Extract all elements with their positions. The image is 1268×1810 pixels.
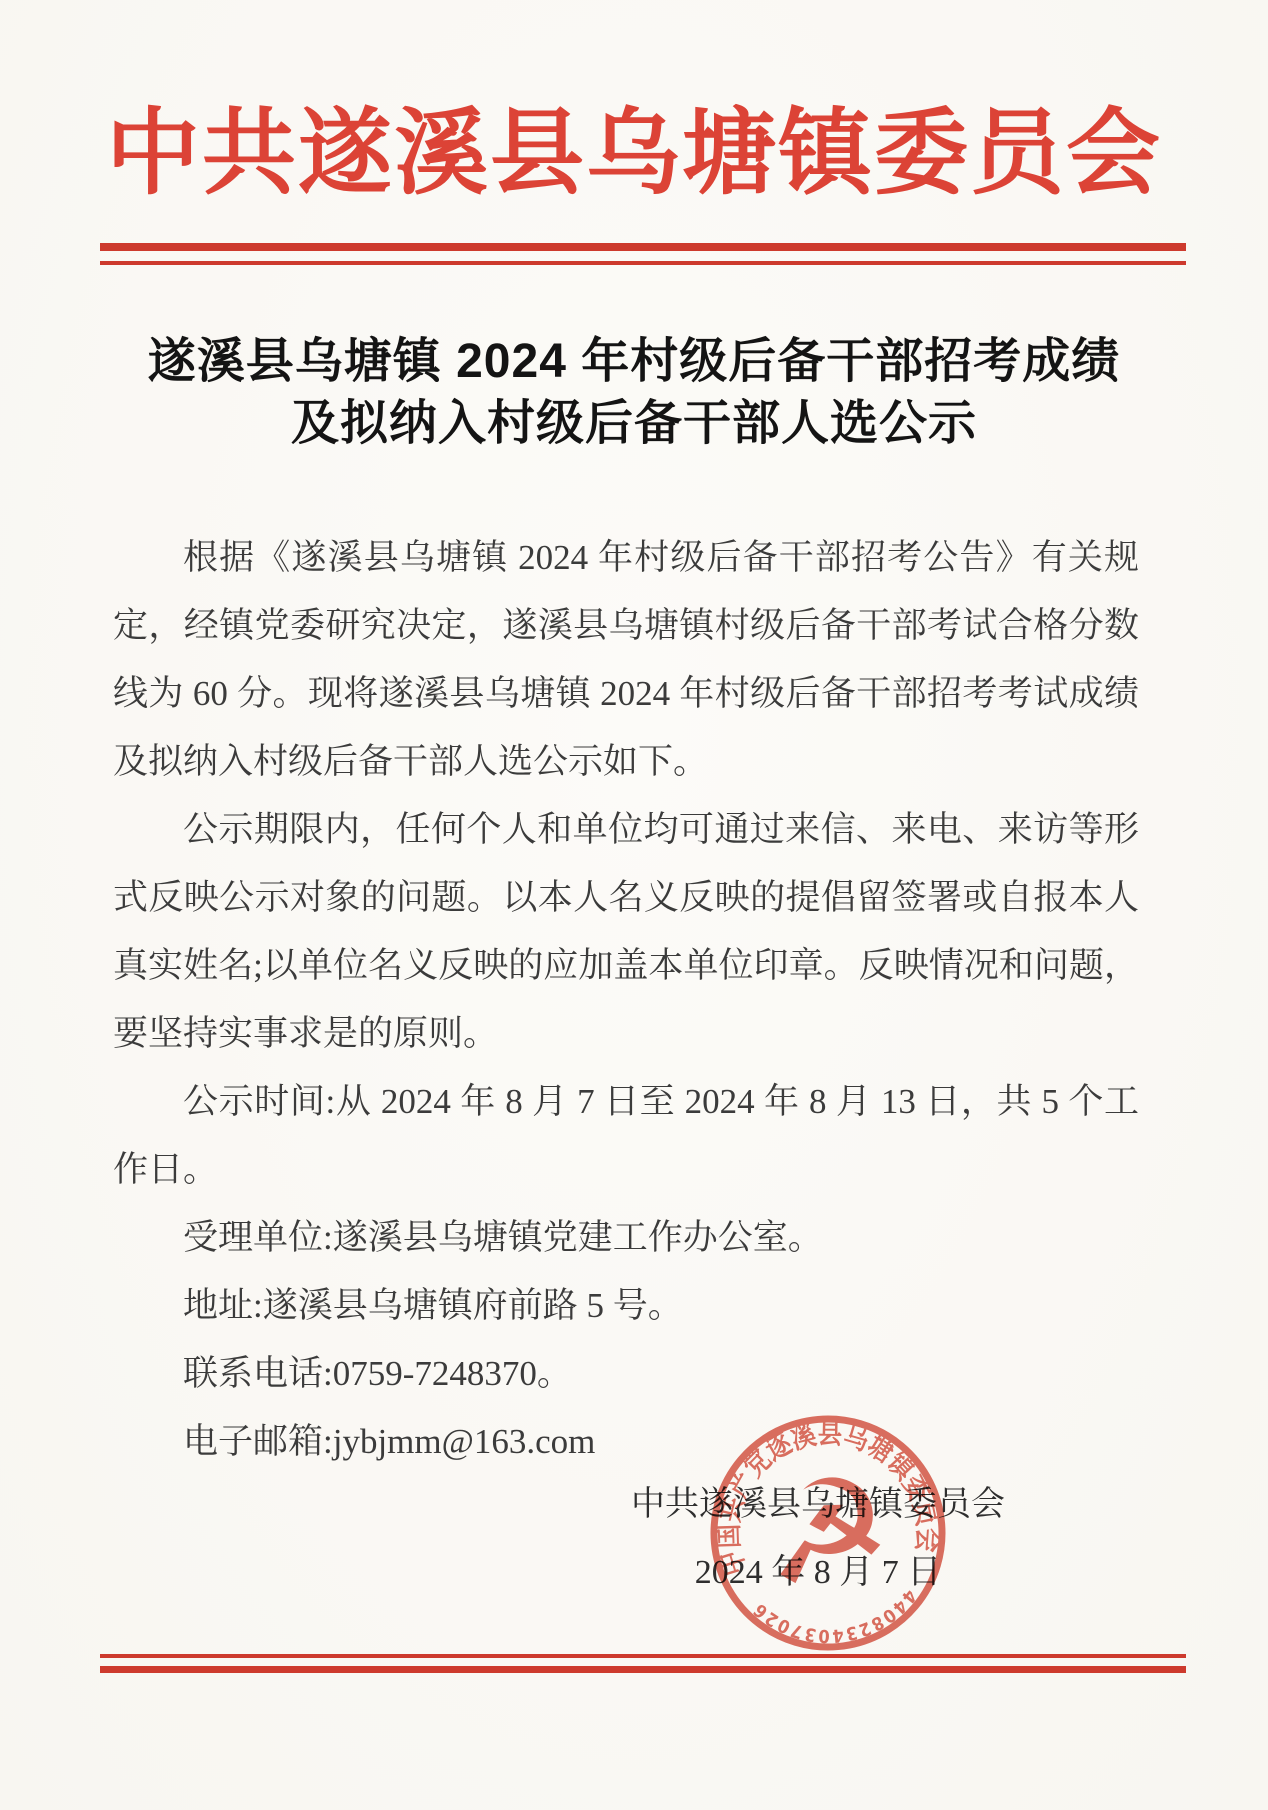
document-page: 中共遂溪县乌塘镇委员会 遂溪县乌塘镇 2024 年村级后备干部招考成绩 及拟纳入… [0, 0, 1268, 1810]
footer-rule-thin [100, 1654, 1186, 1658]
footer-rule-thick [100, 1666, 1186, 1673]
official-seal: 中国共产党遂溪县乌塘镇委员会 ☭ 4408234037026 [693, 1398, 964, 1669]
body-line: 公示期限内，任何个人和单位均可通过来信、来电、来访等形 [113, 796, 1139, 864]
body-line: 联系电话:0759-7248370。 [113, 1340, 1139, 1408]
document-title-line2: 及拟纳入村级后备干部人选公示 [0, 393, 1268, 455]
letterhead-title: 中共遂溪县乌塘镇委员会 [0, 104, 1268, 204]
hammer-sickle-icon: ☭ [758, 1446, 897, 1619]
body-paragraph: 根据《遂溪县乌塘镇 2024 年村级后备干部招考公告》有关规 定，经镇党委研究决… [113, 524, 1139, 796]
body-line: 电子邮箱:jybjmm@163.com [113, 1408, 1139, 1476]
body-paragraph: 联系电话:0759-7248370。 [113, 1340, 1139, 1408]
body-paragraph: 地址:遂溪县乌塘镇府前路 5 号。 [113, 1272, 1139, 1340]
body-line: 及拟纳入村级后备干部人选公示如下。 [113, 728, 1139, 796]
document-body: 根据《遂溪县乌塘镇 2024 年村级后备干部招考公告》有关规 定，经镇党委研究决… [113, 524, 1139, 1476]
body-line: 根据《遂溪县乌塘镇 2024 年村级后备干部招考公告》有关规 [113, 524, 1139, 592]
body-line: 定，经镇党委研究决定，遂溪县乌塘镇村级后备干部考试合格分数 [113, 592, 1139, 660]
body-line: 要坚持实事求是的原则。 [113, 1000, 1139, 1068]
body-line: 式反映公示对象的问题。以本人名义反映的提倡留签署或自报本人 [113, 864, 1139, 932]
body-line: 作日。 [113, 1136, 1139, 1204]
letterhead-rule-thin [100, 261, 1186, 265]
body-paragraph: 公示时间:从 2024 年 8 月 7 日至 2024 年 8 月 13 日，共… [113, 1068, 1139, 1204]
document-title: 遂溪县乌塘镇 2024 年村级后备干部招考成绩 及拟纳入村级后备干部人选公示 [0, 331, 1268, 455]
body-line: 公示时间:从 2024 年 8 月 7 日至 2024 年 8 月 13 日，共… [113, 1068, 1139, 1136]
document-title-line1: 遂溪县乌塘镇 2024 年村级后备干部招考成绩 [0, 331, 1268, 393]
body-line: 受理单位:遂溪县乌塘镇党建工作办公室。 [113, 1204, 1139, 1272]
body-line: 线为 60 分。现将遂溪县乌塘镇 2024 年村级后备干部招考考试成绩 [113, 660, 1139, 728]
letterhead-rule-thick [100, 243, 1186, 251]
body-paragraph: 受理单位:遂溪县乌塘镇党建工作办公室。 [113, 1204, 1139, 1272]
body-paragraph: 公示期限内，任何个人和单位均可通过来信、来电、来访等形 式反映公示对象的问题。以… [113, 796, 1139, 1068]
body-paragraph: 电子邮箱:jybjmm@163.com [113, 1408, 1139, 1476]
body-line: 地址:遂溪县乌塘镇府前路 5 号。 [113, 1272, 1139, 1340]
body-line: 真实姓名;以单位名义反映的应加盖本单位印章。反映情况和问题， [113, 932, 1139, 1000]
